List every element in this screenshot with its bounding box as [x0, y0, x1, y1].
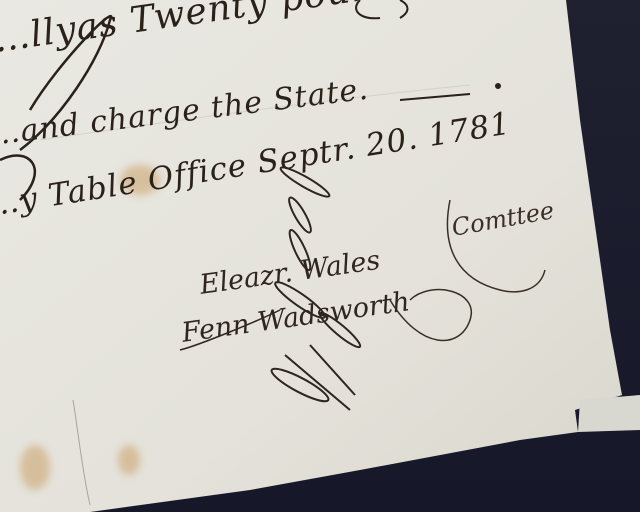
- stain: [118, 445, 140, 475]
- stain: [20, 445, 50, 490]
- document-paper: …llyas Twenty pounds in …and charge the …: [0, 0, 640, 512]
